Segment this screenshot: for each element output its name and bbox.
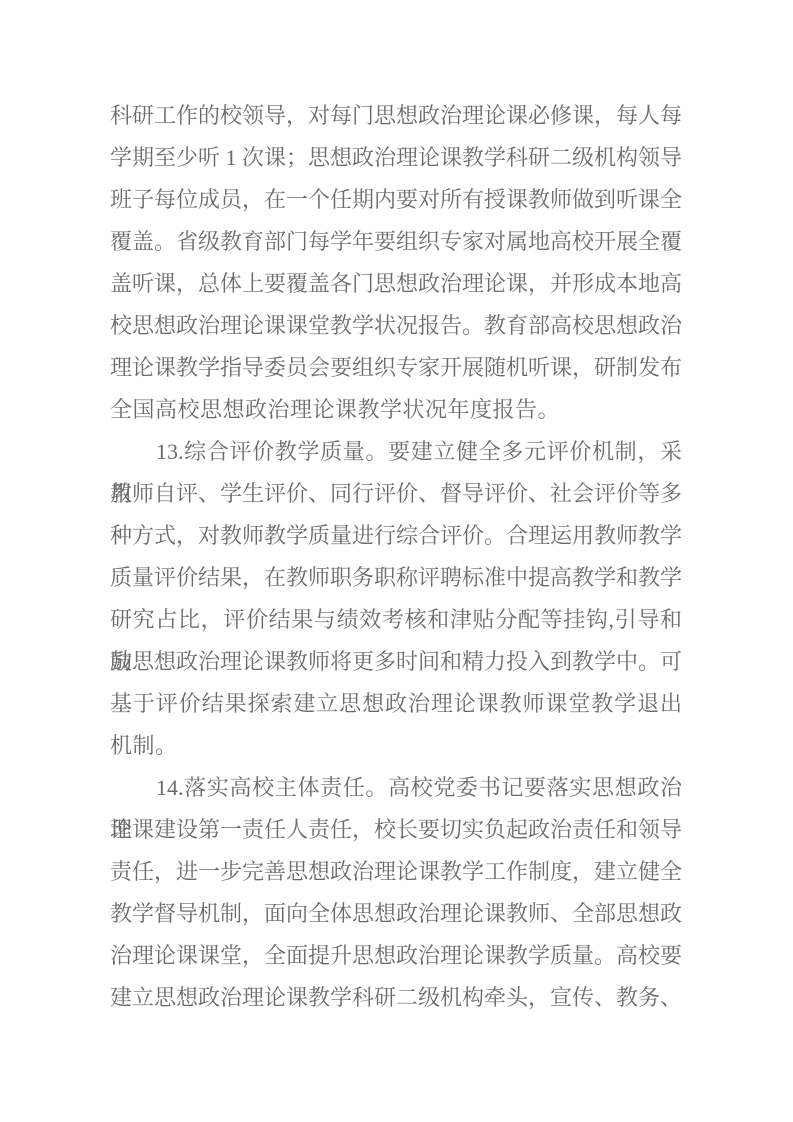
- text-line: 质量评价结果，在教师职务职称评聘标准中提高教学和教学: [110, 557, 682, 599]
- text-line: 覆盖。省级教育部门每学年要组织专家对属地高校开展全覆: [110, 221, 682, 263]
- text-line: 责任，进一步完善思想政治理论课教学工作制度，建立健全: [110, 851, 682, 893]
- text-line: 盖听课，总体上要覆盖各门思想政治理论课，并形成本地高: [110, 263, 682, 305]
- paragraph-14-first-line: 14.落实高校主体责任。高校党委书记要落实思想政治理: [110, 767, 682, 809]
- text-line: 校思想政治理论课课堂教学状况报告。教育部高校思想政治: [110, 305, 682, 347]
- paragraph-13-first-line: 13.综合评价教学质量。要建立健全多元评价机制，采用: [110, 431, 682, 473]
- text-line: 学期至少听 1 次课；思想政治理论课教学科研二级机构领导: [110, 137, 682, 179]
- text-line: 机制。: [110, 725, 682, 767]
- text-line: 全国高校思想政治理论课教学状况年度报告。: [110, 389, 682, 431]
- document-text-block: 科研工作的校领导，对每门思想政治理论课必修课，每人每 学期至少听 1 次课；思想…: [110, 95, 682, 1019]
- text-line: 种方式，对教师教学质量进行综合评价。合理运用教师教学: [110, 515, 682, 557]
- text-line: 基于评价结果探索建立思想政治理论课教师课堂教学退出: [110, 683, 682, 725]
- text-line: 论课建设第一责任人责任，校长要切实负起政治责任和领导: [110, 809, 682, 851]
- text-line: 建立思想政治理论课教学科研二级机构牵头，宣传、教务、: [110, 977, 682, 1019]
- text-line: 治理论课课堂，全面提升思想政治理论课教学质量。高校要: [110, 935, 682, 977]
- text-line: 教师自评、学生评价、同行评价、督导评价、社会评价等多: [110, 473, 682, 515]
- text-line: 研究占比，评价结果与绩效考核和津贴分配等挂钩,引导和鼓: [110, 599, 682, 641]
- document-page: 科研工作的校领导，对每门思想政治理论课必修课，每人每 学期至少听 1 次课；思想…: [0, 0, 793, 1122]
- text-line: 教学督导机制，面向全体思想政治理论课教师、全部思想政: [110, 893, 682, 935]
- text-line: 理论课教学指导委员会要组织专家开展随机听课，研制发布: [110, 347, 682, 389]
- text-line: 班子每位成员，在一个任期内要对所有授课教师做到听课全: [110, 179, 682, 221]
- text-line: 励思想政治理论课教师将更多时间和精力投入到教学中。可: [110, 641, 682, 683]
- text-line: 科研工作的校领导，对每门思想政治理论课必修课，每人每: [110, 95, 682, 137]
